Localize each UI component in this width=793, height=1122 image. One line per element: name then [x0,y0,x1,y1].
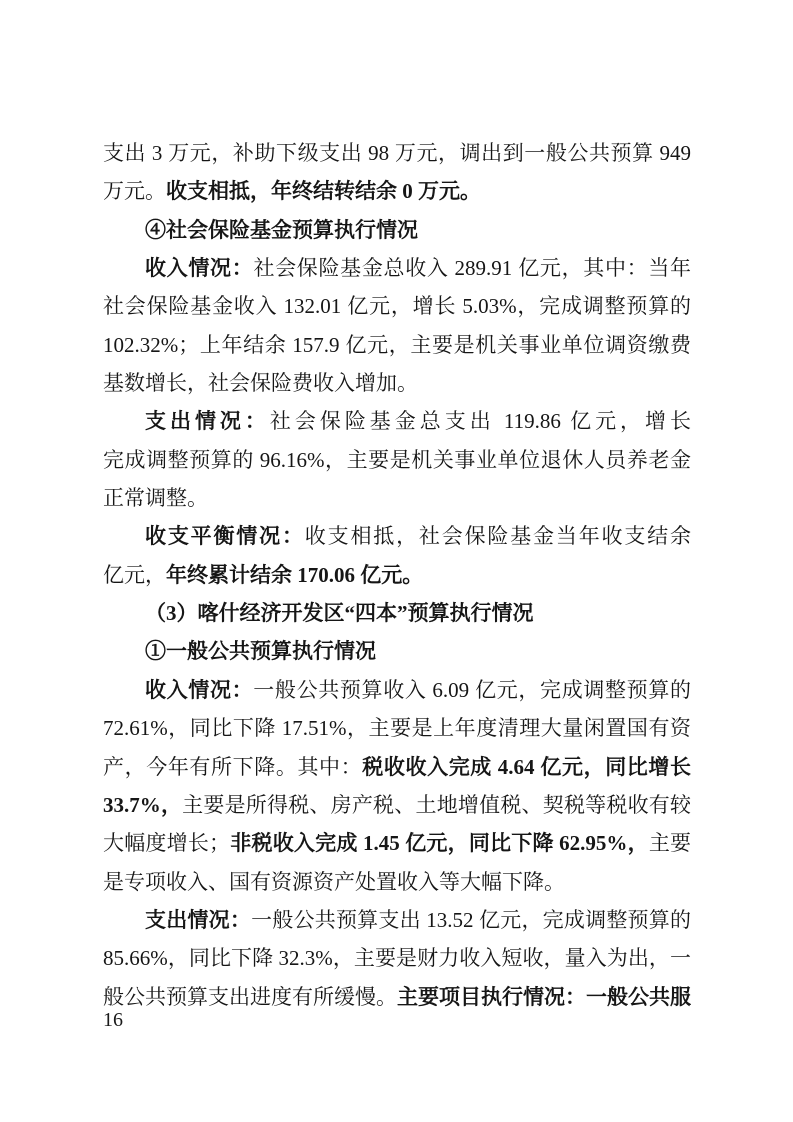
text-line: 收入情况：社会保险基金总收入 289.91 亿元，其中：当年 [103,249,691,287]
text-segment: 85.66%，同比下降 32.3%，主要是财力收入短收，量入为出，一 [103,946,691,970]
text-line: 33.7%，主要是所得税、房产税、土地增值税、契税等税收有较 [103,786,691,824]
text-line: 85.66%，同比下降 32.3%，主要是财力收入短收，量入为出，一 [103,939,691,977]
text-segment: ④社会保险基金预算执行情况 [145,218,418,242]
text-segment: 支出情况： [145,908,251,932]
text-segment: 亿元， [103,563,166,587]
text-segment: 收支相抵，年终结转结余 0 万元。 [166,179,481,203]
text-segment: 一般公共预算收入 6.09 亿元，完成调整预算的 [253,678,691,702]
heading-social-insurance-budget: ④社会保险基金预算执行情况 [103,211,691,249]
text-segment: 是专项收入、国有资源资产处置收入等大幅下降。 [103,870,565,894]
text-line: （3）喀什经济开发区“四本”预算执行情况 [103,594,691,632]
text-line: ④社会保险基金预算执行情况 [103,211,691,249]
text-segment: 产，今年有所下降。其中： [103,755,362,779]
text-line: 大幅度增长；非税收入完成 1.45 亿元，同比下降 62.95%，主要 [103,824,691,862]
text-line: 基数增长，社会保险费收入增加。 [103,364,691,402]
text-segment: 主要项目执行情况：一般公共服 [397,985,691,1009]
text-segment: 大幅度增长； [103,831,230,855]
para-zone-income: 收入情况：一般公共预算收入 6.09 亿元，完成调整预算的72.61%，同比下降… [103,671,691,901]
text-segment: ①一般公共预算执行情况 [145,639,376,663]
text-line: 收入情况：一般公共预算收入 6.09 亿元，完成调整预算的 [103,671,691,709]
text-segment: 支出 3 万元，补助下级支出 98 万元，调出到一般公共预算 949 [103,141,691,165]
text-line: ①一般公共预算执行情况 [103,632,691,670]
text-segment: 收入情况： [145,256,253,280]
para-govfund-carryover: 支出 3 万元，补助下级支出 98 万元，调出到一般公共预算 949万元。收支相… [103,134,691,211]
text-segment: 主要是所得税、房产税、土地增值税、契税等税收有较 [182,793,691,817]
text-segment: 非税收入完成 1.45 亿元，同比下降 62.95%， [230,831,649,855]
text-segment: 33.7%， [103,793,182,817]
text-segment: 万元。 [103,179,166,203]
para-social-insurance-income: 收入情况：社会保险基金总收入 289.91 亿元，其中：当年社会保险基金收入 1… [103,249,691,402]
text-segment: 社会保险基金总收入 289.91 亿元，其中：当年 [253,256,691,280]
text-line: 亿元，年终累计结余 170.06 亿元。 [103,556,691,594]
text-segment: 主要 [649,831,691,855]
text-segment: 72.61%，同比下降 17.51%，主要是上年度清理大量闲置国有资 [103,716,691,740]
heading-kashgar-development-zone: （3）喀什经济开发区“四本”预算执行情况 [103,594,691,632]
text-segment: 年终累计结余 170.06 亿元。 [166,563,423,587]
document-page: 支出 3 万元，补助下级支出 98 万元，调出到一般公共预算 949万元。收支相… [0,0,793,1122]
text-segment: 收支平衡情况： [145,524,305,548]
text-segment: 一般公共预算支出 13.52 亿元，完成调整预算的 [251,908,691,932]
text-line: 般公共预算支出进度有所缓慢。主要项目执行情况：一般公共服 [103,978,691,1016]
text-line: 产，今年有所下降。其中：税收收入完成 4.64 亿元，同比增长 [103,748,691,786]
text-line: 万元。收支相抵，年终结转结余 0 万元。 [103,172,691,210]
text-segment: 收入情况： [145,678,253,702]
text-line: 支出 3 万元，补助下级支出 98 万元，调出到一般公共预算 949 [103,134,691,172]
text-line: 是专项收入、国有资源资产处置收入等大幅下降。 [103,863,691,901]
text-segment: 完成调整预算的 96.16%，主要是机关事业单位退休人员养老金 [103,448,691,472]
text-segment: 社会保险基金收入 132.01 亿元，增长 5.03%，完成调整预算的 [103,294,691,318]
text-line: 社会保险基金收入 132.01 亿元，增长 5.03%，完成调整预算的 [103,287,691,325]
text-line: 收支平衡情况：收支相抵，社会保险基金当年收支结余 12.15 [103,517,691,555]
para-zone-expenditure: 支出情况：一般公共预算支出 13.52 亿元，完成调整预算的85.66%，同比下… [103,901,691,1016]
page-number: 16 [103,1005,123,1035]
text-line: 72.61%，同比下降 17.51%，主要是上年度清理大量闲置国有资 [103,709,691,747]
text-segment: 基数增长，社会保险费收入增加。 [103,371,418,395]
document-body: 支出 3 万元，补助下级支出 98 万元，调出到一般公共预算 949万元。收支相… [103,134,691,1016]
para-social-insurance-balance: 收支平衡情况：收支相抵，社会保险基金当年收支结余 12.15亿元，年终累计结余 … [103,517,691,594]
text-line: 正常调整。 [103,479,691,517]
text-line: 支出情况：社会保险基金总支出 119.86 亿元，增长 1.81%， [103,402,691,440]
text-segment: 正常调整。 [103,486,208,510]
text-segment: （3）喀什经济开发区“四本”预算执行情况 [145,601,534,625]
text-line: 102.32%；上年结余 157.9 亿元，主要是机关事业单位调资缴费 [103,326,691,364]
text-line: 支出情况：一般公共预算支出 13.52 亿元，完成调整预算的 [103,901,691,939]
text-line: 完成调整预算的 96.16%，主要是机关事业单位退休人员养老金 [103,441,691,479]
text-segment: 般公共预算支出进度有所缓慢。 [103,985,397,1009]
para-social-insurance-expenditure: 支出情况：社会保险基金总支出 119.86 亿元，增长 1.81%，完成调整预算… [103,402,691,517]
heading-general-public-budget: ①一般公共预算执行情况 [103,632,691,670]
text-segment: 102.32%；上年结余 157.9 亿元，主要是机关事业单位调资缴费 [103,333,691,357]
text-segment: 税收收入完成 4.64 亿元，同比增长 [362,755,691,779]
text-segment: 支出情况： [145,409,270,433]
